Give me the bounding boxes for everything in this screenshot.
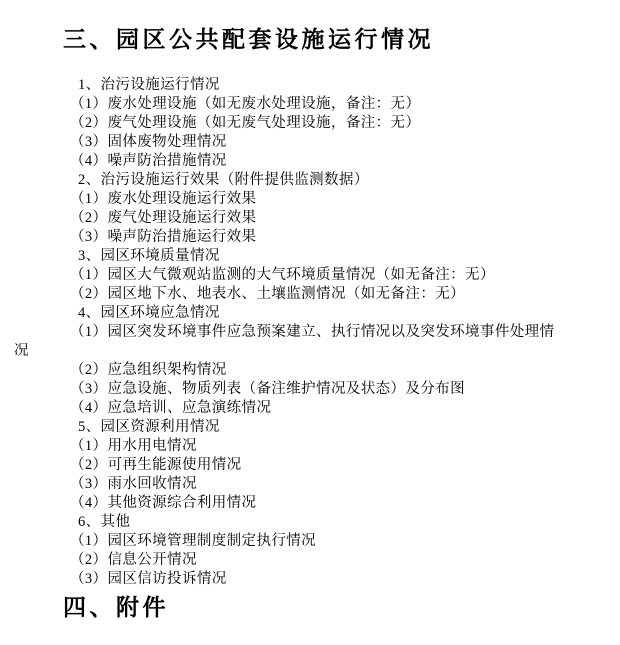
outline-item: （3）固体废物处理情况 — [70, 133, 620, 152]
outline-item: 4、园区环境应急情况 — [78, 304, 620, 323]
outline-item: （2）信息公开情况 — [70, 551, 620, 570]
outline-item: （1）用水用电情况 — [70, 437, 620, 456]
outline-item: （4）应急培训、应急演练情况 — [70, 399, 620, 418]
outline-item: 2、治污设施运行效果（附件提供监测数据） — [78, 171, 620, 190]
outline-item: （2）园区地下水、地表水、土壤监测情况（如无备注：无） — [70, 285, 620, 304]
outline-item: （2）应急组织架构情况 — [70, 361, 620, 380]
outline-item: （3）雨水回收情况 — [70, 475, 620, 494]
outline-item: （3）园区信访投诉情况 — [70, 570, 620, 589]
outline-item: 1、治污设施运行情况 — [78, 76, 620, 95]
document-page: 三、园区公共配套设施运行情况 1、治污设施运行情况 （1）废水处理设施（如无废水… — [0, 0, 620, 645]
outline-item: （2）废气处理设施运行效果 — [70, 209, 620, 228]
outline-item: 6、其他 — [78, 513, 620, 532]
outline-item: （1）园区环境管理制度制定执行情况 — [70, 532, 620, 551]
outline-item: （4）其他资源综合利用情况 — [70, 494, 620, 513]
outline-item: （1）废水处理设施运行效果 — [70, 190, 620, 209]
section-heading-3: 三、园区公共配套设施运行情况 — [63, 25, 434, 53]
outline-item-wrap: 况 — [14, 342, 620, 361]
outline-item: （4）噪声防治措施情况 — [70, 152, 620, 171]
outline-item: 5、园区资源利用情况 — [78, 418, 620, 437]
outline-item: （2）可再生能源使用情况 — [70, 456, 620, 475]
outline-item: （2）废气处理设施（如无废气处理设施，备注：无） — [70, 114, 620, 133]
outline-list: 1、治污设施运行情况 （1）废水处理设施（如无废水处理设施，备注：无） （2）废… — [0, 76, 620, 589]
outline-item: （1）园区突发环境事件应急预案建立、执行情况以及突发环境事件处理情 — [70, 323, 620, 342]
outline-item: （1）园区大气微观站监测的大气环境质量情况（如无备注：无） — [70, 266, 620, 285]
section-heading-4: 四、附件 — [63, 593, 169, 621]
outline-item: （1）废水处理设施（如无废水处理设施，备注：无） — [70, 95, 620, 114]
outline-item: （3）噪声防治措施运行效果 — [70, 228, 620, 247]
outline-item: 3、园区环境质量情况 — [78, 247, 620, 266]
outline-item: （3）应急设施、物质列表（备注维护情况及状态）及分布图 — [70, 380, 620, 399]
